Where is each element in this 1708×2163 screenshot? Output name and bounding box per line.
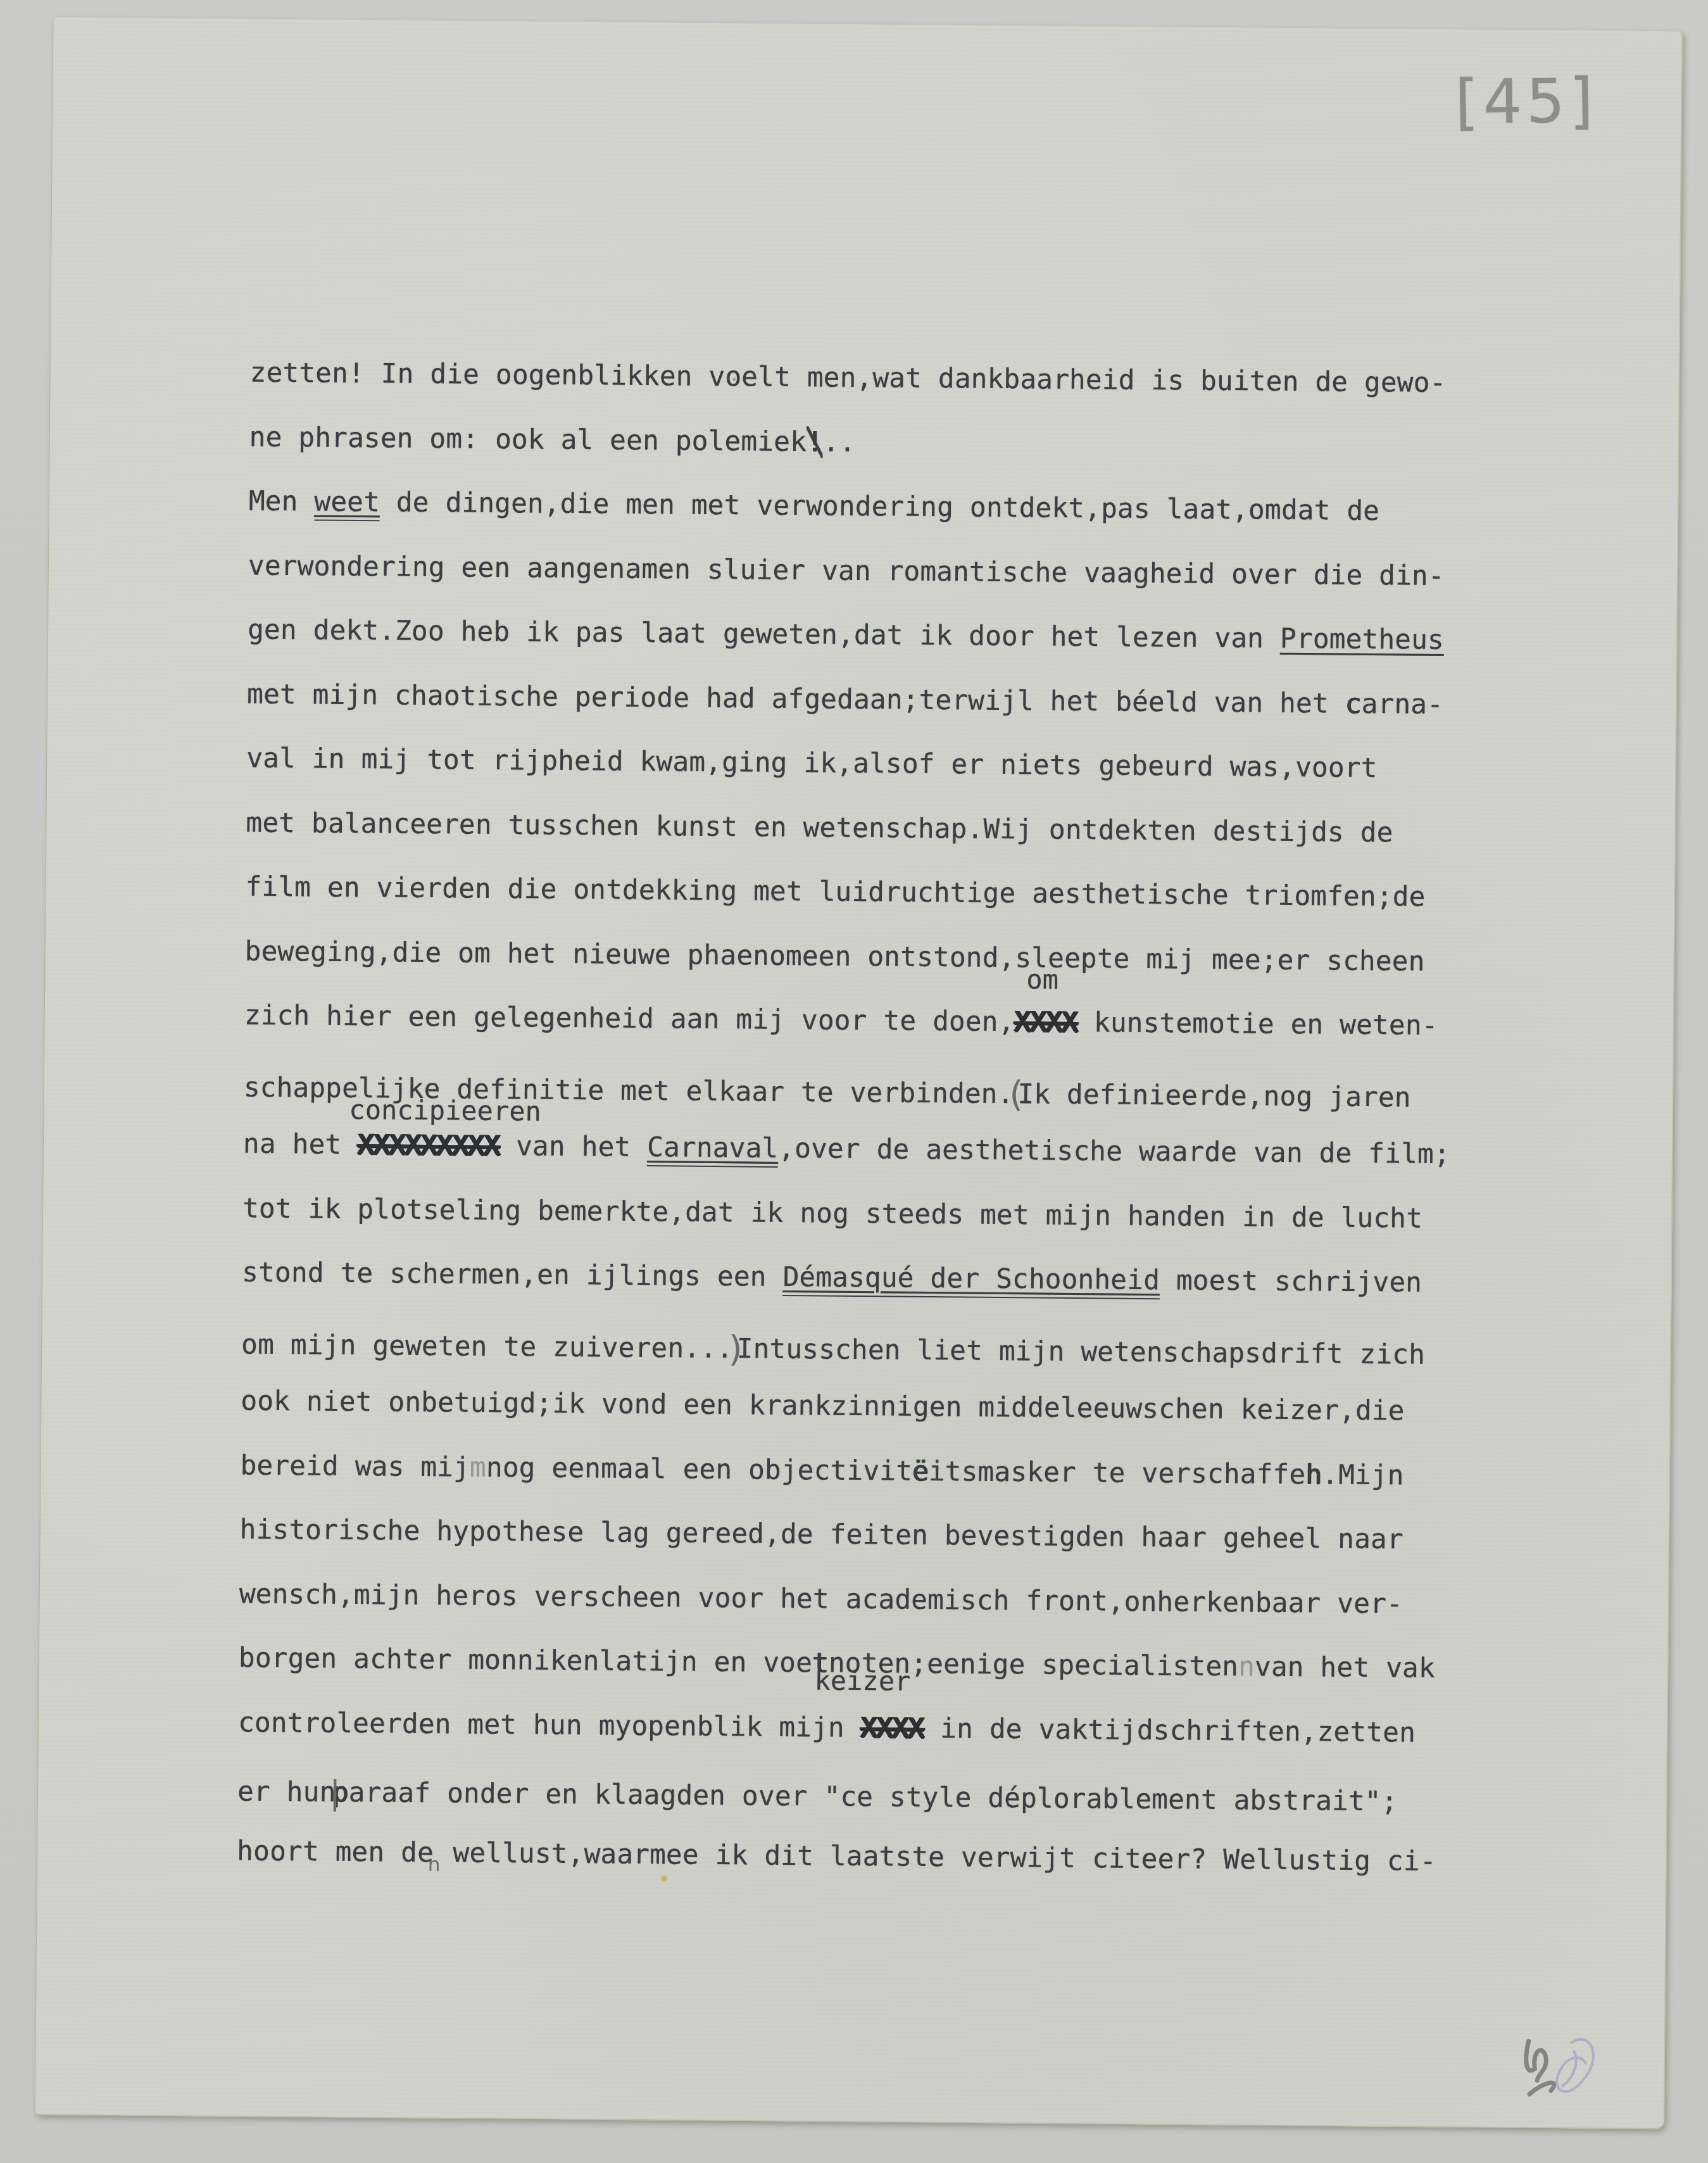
- typed-segment: om mijn geweten te zuiveren...: [241, 1328, 733, 1365]
- inserted-word-concipieeren: concipieeren: [349, 1094, 541, 1127]
- typed-line: ne phrasen om: ook al een polemiek!..: [249, 421, 1509, 496]
- typed-segment-slashed: !: [807, 426, 823, 458]
- typed-line: met mijn chaotische periode had afgedaan…: [247, 678, 1507, 754]
- typed-segment: controleerden met hun myopenblik mijn: [238, 1706, 861, 1744]
- typed-segment: zetten! In die oogenblikken voelt men,wa…: [249, 357, 1446, 399]
- typed-line: film en vierden die ontdekking met luidr…: [245, 871, 1505, 947]
- typed-segment-uu: Démasqué der Schoonheid: [782, 1261, 1160, 1299]
- typed-segment: er hun: [237, 1775, 336, 1808]
- typed-segment: ..: [823, 426, 856, 458]
- typed-segment: nog eenmaal een objectivit: [486, 1451, 913, 1487]
- typed-segment-pmark: (: [1009, 1074, 1023, 1115]
- ink-scribble-mark: [1557, 2040, 1593, 2092]
- typed-line: bereid was mijmnog eenmaal een objectivi…: [240, 1449, 1500, 1525]
- typed-line: val in mij tot rijpheid kwam,ging ik,als…: [246, 743, 1507, 818]
- typed-segment-pmark: ): [729, 1328, 743, 1370]
- typed-line: met balanceeren tusschen kunst en wetens…: [246, 807, 1506, 882]
- typed-line: controleerden met hun myopenblik mijn XX…: [237, 1706, 1498, 1782]
- corner-scribble: [1510, 2019, 1619, 2128]
- typed-segment-psub: n: [428, 1853, 441, 1876]
- typed-segment-blot: XXXXXXXXX: [358, 1129, 499, 1162]
- typed-line: stond te schermen,en ijlings een Démasqu…: [242, 1257, 1502, 1332]
- pencil-scribble-mark: [1526, 2041, 1554, 2094]
- typed-segment: kunstemotie en weten-: [1077, 1007, 1438, 1042]
- typed-segment: Ik definieerde,nog jaren: [1017, 1078, 1411, 1113]
- typed-segment: na het: [243, 1128, 358, 1161]
- typed-line: beweging,die om het nieuwe phaenomeen on…: [244, 935, 1505, 1011]
- typed-segment: araaf onder en klaagden over "ce style d…: [348, 1777, 1397, 1817]
- typed-text: zetten! In die oogenblikken voelt men,wa…: [237, 357, 1510, 1910]
- typed-segment: hoort men de: [237, 1835, 434, 1869]
- typed-segment-ghost: n: [1238, 1651, 1255, 1682]
- typed-line: historische hypothese lag gereed,de feit…: [239, 1513, 1500, 1589]
- typed-segment: Men: [249, 486, 315, 518]
- typed-segment-blot: XXXX: [861, 1712, 924, 1744]
- typed-line: verwondering een aangenamen sluier van r…: [248, 550, 1508, 625]
- typed-segment-uu: Carnaval: [647, 1132, 779, 1168]
- typed-line: om mijn geweten te zuiveren...)Intussche…: [241, 1321, 1502, 1396]
- typed-line: zetten! In die oogenblikken voelt men,wa…: [249, 357, 1510, 432]
- typed-segment: itsmasker te verschaffe: [929, 1455, 1306, 1490]
- typed-segment-ot: h: [1305, 1459, 1322, 1491]
- typed-line: er hun|paraaf onder en klaagden over "ce…: [237, 1770, 1497, 1846]
- typed-segment: ne phrasen om: ook al een polemiek: [249, 421, 807, 458]
- typed-segment: van het vak: [1255, 1651, 1435, 1684]
- inserted-word-keizer: keizer: [814, 1665, 910, 1696]
- typed-segment-blot: XXXX: [1014, 1006, 1077, 1038]
- paper-page: [45] zetten! In die oogenblikken voelt m…: [35, 17, 1683, 2129]
- typed-segment: .Mijn: [1322, 1459, 1404, 1491]
- typed-segment-ot: ë: [912, 1455, 929, 1487]
- typed-segment: moest schrijven: [1160, 1264, 1422, 1299]
- typed-line: hoort men den wellust,waarmee ik dit laa…: [237, 1835, 1497, 1910]
- typed-segment: stond te schermen,en ijlings een: [242, 1257, 783, 1293]
- typed-segment-ghost: m: [470, 1451, 486, 1483]
- typed-segment: in de vaktijdschriften,zetten: [924, 1712, 1416, 1748]
- typed-segment: van het: [499, 1130, 647, 1163]
- typed-segment: zich hier een gelegenheid aan mij voor t…: [244, 1000, 1015, 1038]
- typed-segment-uu: weet: [314, 486, 380, 521]
- typed-line: Men weet de dingen,die men met verwonder…: [248, 486, 1509, 561]
- typed-segment-pmark: |: [329, 1774, 341, 1812]
- typed-line: tot ik plotseling bemerkte,dat ik nog st…: [242, 1192, 1502, 1268]
- typed-line: ook niet onbetuigd;ik vond een krankzinn…: [241, 1385, 1501, 1460]
- typed-line: na het XXXXXXXXX van het Carnaval,over d…: [242, 1128, 1503, 1204]
- typed-segment: arna-: [1361, 688, 1443, 720]
- typed-line: zich hier een gelegenheid aan mij voor t…: [244, 1000, 1504, 1075]
- typed-segment: bereid was mij: [240, 1449, 470, 1483]
- typed-segment: borgen achter monnikenlatijn en voe: [239, 1642, 812, 1679]
- typed-segment-u: Prometheus: [1280, 623, 1444, 656]
- typed-segment: ,over de aesthetische waarde van de film…: [778, 1133, 1450, 1170]
- typed-line: wensch,mijn heros verscheen voor het aca…: [239, 1578, 1499, 1653]
- inserted-word-om: om: [1026, 964, 1058, 995]
- page-number-annotation: [45]: [1455, 65, 1598, 138]
- typed-line: gen dekt.Zoo heb ik pas laat geweten,dat…: [247, 614, 1507, 690]
- typed-segment-ot: c: [1345, 688, 1361, 719]
- typed-segment: Intusschen liet mijn wetenschapsdrift zi…: [736, 1333, 1425, 1370]
- scan-background: [45] zetten! In die oogenblikken voelt m…: [0, 0, 1708, 2163]
